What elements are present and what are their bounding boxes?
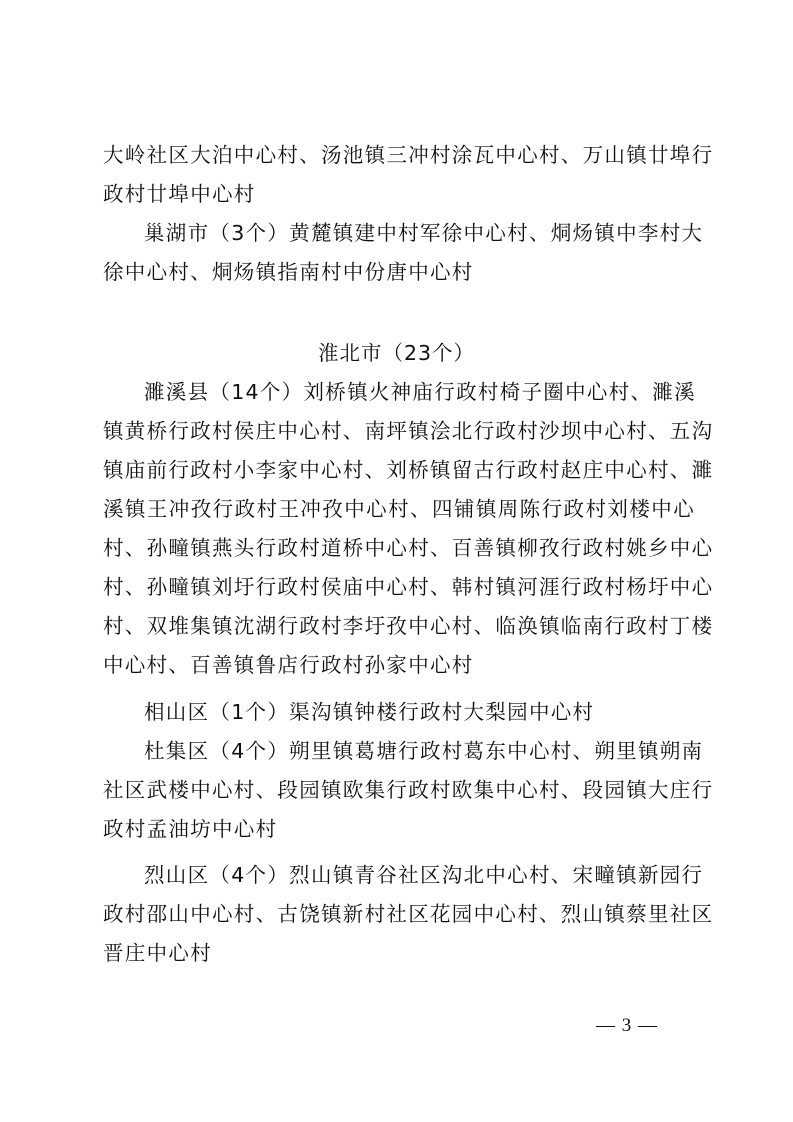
text-line: 大岭社区大泊中心村、汤池镇三冲村涂瓦中心村、万山镇廿埠行: [103, 141, 695, 169]
paragraph-suixi: 濉溪县（14个）刘桥镇火神庙行政村椅子圈中心村、濉溪: [144, 378, 695, 406]
text-line: 村、双堆集镇沈湖行政村李圩孜中心村、临涣镇临南行政村丁楼: [103, 612, 695, 640]
text-line: 村、孙疃镇刘圩行政村侯庙中心村、韩村镇河涯行政村杨圩中心: [103, 573, 695, 601]
text-line: 中心村、百善镇鲁店行政村孙家中心村: [103, 651, 695, 679]
paragraph-lieshan: 烈山区（4个）烈山镇青谷社区沟北中心村、宋疃镇新园行: [144, 861, 695, 889]
text-line: 徐中心村、烔炀镇指南村中份唐中心村: [103, 258, 695, 286]
paragraph-chaohu: 巢湖市（3个）黄麓镇建中村军徐中心村、烔炀镇中李村大: [144, 219, 695, 247]
text-line: 村、孙疃镇燕头行政村道桥中心村、百善镇柳孜行政村姚乡中心: [103, 534, 695, 562]
document-page: 大岭社区大泊中心村、汤池镇三冲村涂瓦中心村、万山镇廿埠行 政村廿埠中心村 巢湖市…: [0, 0, 793, 1122]
page-number: — 3 —: [596, 1014, 658, 1038]
text-line: 镇庙前行政村小李家中心村、刘桥镇留古行政村赵庄中心村、濉: [103, 456, 695, 484]
text-line: 晋庄中心村: [103, 939, 695, 967]
paragraph-xiangshan: 相山区（1个）渠沟镇钟楼行政村大梨园中心村: [144, 698, 695, 726]
text-line: 政村孟油坊中心村: [103, 815, 695, 843]
text-line: 政村廿埠中心村: [103, 180, 695, 208]
text-line: 政村邵山中心村、古饶镇新村社区花园中心村、烈山镇蔡里社区: [103, 900, 695, 928]
text-line: 社区武楼中心村、段园镇欧集行政村欧集中心村、段园镇大庄行: [103, 776, 695, 804]
text-line: 溪镇王冲孜行政村王冲孜中心村、四铺镇周陈行政村刘楼中心: [103, 495, 695, 523]
text-line: 镇黄桥行政村侯庄中心村、南坪镇浍北行政村沙坝中心村、五沟: [103, 417, 695, 445]
paragraph-duji: 杜集区（4个）朔里镇葛塘行政村葛东中心村、朔里镇朔南: [144, 737, 695, 765]
section-heading-huaibei: 淮北市（23个）: [0, 339, 793, 367]
